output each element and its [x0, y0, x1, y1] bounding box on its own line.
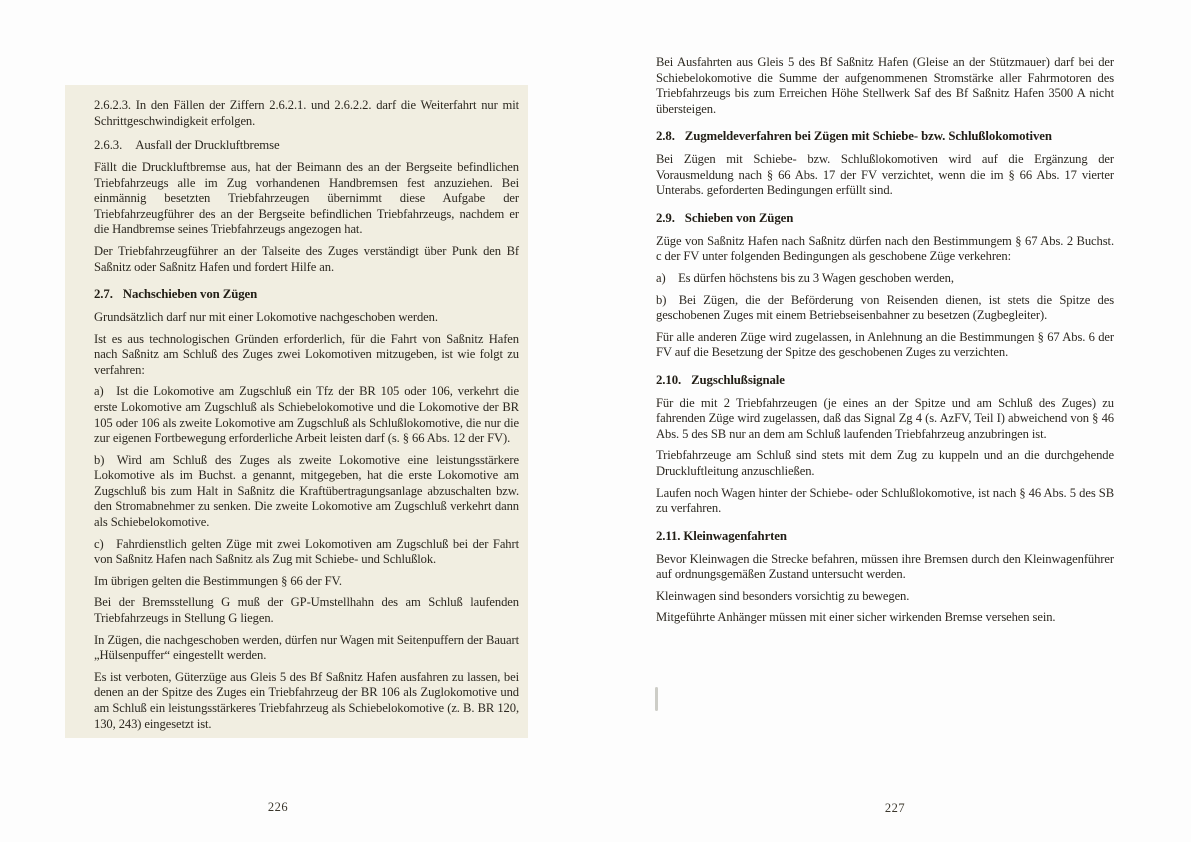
- section-heading: 2.11.Kleinwagenfahrten: [656, 529, 1114, 545]
- section-title: Nachschieben von Zügen: [123, 287, 519, 303]
- section-title: Zugschlußsignale: [691, 373, 1114, 389]
- paragraph: Bei Ausfahrten aus Gleis 5 des Bf Saßnit…: [656, 55, 1114, 117]
- paragraph: Grundsätzlich darf nur mit einer Lokomot…: [94, 310, 519, 326]
- paragraph: Züge von Saßnitz Hafen nach Saßnitz dürf…: [656, 234, 1114, 265]
- paragraph: Kleinwagen sind besonders vorsichtig zu …: [656, 589, 1114, 605]
- paragraph: b) Wird am Schluß des Zuges als zweite L…: [94, 453, 519, 531]
- section-heading: 2.10.Zugschlußsignale: [656, 373, 1114, 389]
- paragraph: In Zügen, die nachgeschoben werden, dürf…: [94, 633, 519, 664]
- section-heading: 2.7.Nachschieben von Zügen: [94, 287, 519, 303]
- paragraph: Der Triebfahrzeugführer an der Talseite …: [94, 244, 519, 275]
- paragraph: Mitgeführte Anhänger müssen mit einer si…: [656, 610, 1114, 626]
- section-number: 2.6.3.: [94, 138, 122, 154]
- section-title: Zugmeldeverfahren bei Zügen mit Schiebe-…: [685, 129, 1114, 145]
- section-number: 2.9.: [656, 211, 675, 227]
- section-heading: 2.9.Schieben von Zügen: [656, 211, 1114, 227]
- paragraph: Für alle anderen Züge wird zugelassen, i…: [656, 330, 1114, 361]
- paragraph: a) Es dürfen höchstens bis zu 3 Wagen ge…: [656, 271, 1114, 287]
- paragraph: Bevor Kleinwagen die Strecke befahren, m…: [656, 552, 1114, 583]
- paragraph: Fällt die Druckluftbremse aus, hat der B…: [94, 160, 519, 238]
- section-heading: 2.8.Zugmeldeverfahren bei Zügen mit Schi…: [656, 129, 1114, 145]
- section-number: 2.11.: [656, 529, 680, 545]
- right-page: Bei Ausfahrten aus Gleis 5 des Bf Saßnit…: [656, 55, 1114, 632]
- section-title: Ausfall der Druckluftbremse: [135, 138, 519, 154]
- page-number-right: 227: [845, 801, 945, 816]
- left-page: 2.6.2.3. In den Fällen der Ziffern 2.6.2…: [65, 85, 528, 738]
- paragraph: Triebfahrzeuge am Schluß sind stets mit …: [656, 448, 1114, 479]
- paragraph: Laufen noch Wagen hinter der Schiebe- od…: [656, 486, 1114, 517]
- paragraph: c) Fahrdienstlich gelten Züge mit zwei L…: [94, 537, 519, 568]
- paragraph: Für die mit 2 Triebfahrzeugen (je eines …: [656, 396, 1114, 443]
- section-number: 2.7.: [94, 287, 113, 303]
- page-number-left: 226: [228, 800, 328, 815]
- section-number: 2.10.: [656, 373, 681, 389]
- paragraph: a) Ist die Lokomotive am Zugschluß ein T…: [94, 384, 519, 446]
- paragraph: Bei der Bremsstellung G muß der GP-Umste…: [94, 595, 519, 626]
- paragraph: Bei Zügen mit Schiebe- bzw. Schlußlokomo…: [656, 152, 1114, 199]
- book-spread: 2.6.2.3. In den Fällen der Ziffern 2.6.2…: [0, 0, 1191, 842]
- paragraph: Es ist verboten, Güterzüge aus Gleis 5 d…: [94, 670, 519, 732]
- paragraph: b) Bei Zügen, die der Beförderung von Re…: [656, 293, 1114, 324]
- paragraph: Im übrigen gelten die Bestimmungen § 66 …: [94, 574, 519, 590]
- section-number: 2.8.: [656, 129, 675, 145]
- section-title: Schieben von Zügen: [685, 211, 1114, 227]
- section-heading: 2.6.3.Ausfall der Druckluftbremse: [94, 138, 519, 154]
- section-title: Kleinwagenfahrten: [683, 529, 1114, 545]
- paragraph: Ist es aus technologischen Gründen erfor…: [94, 332, 519, 379]
- scan-artifact-mark: [655, 687, 658, 711]
- paragraph: 2.6.2.3. In den Fällen der Ziffern 2.6.2…: [94, 98, 519, 129]
